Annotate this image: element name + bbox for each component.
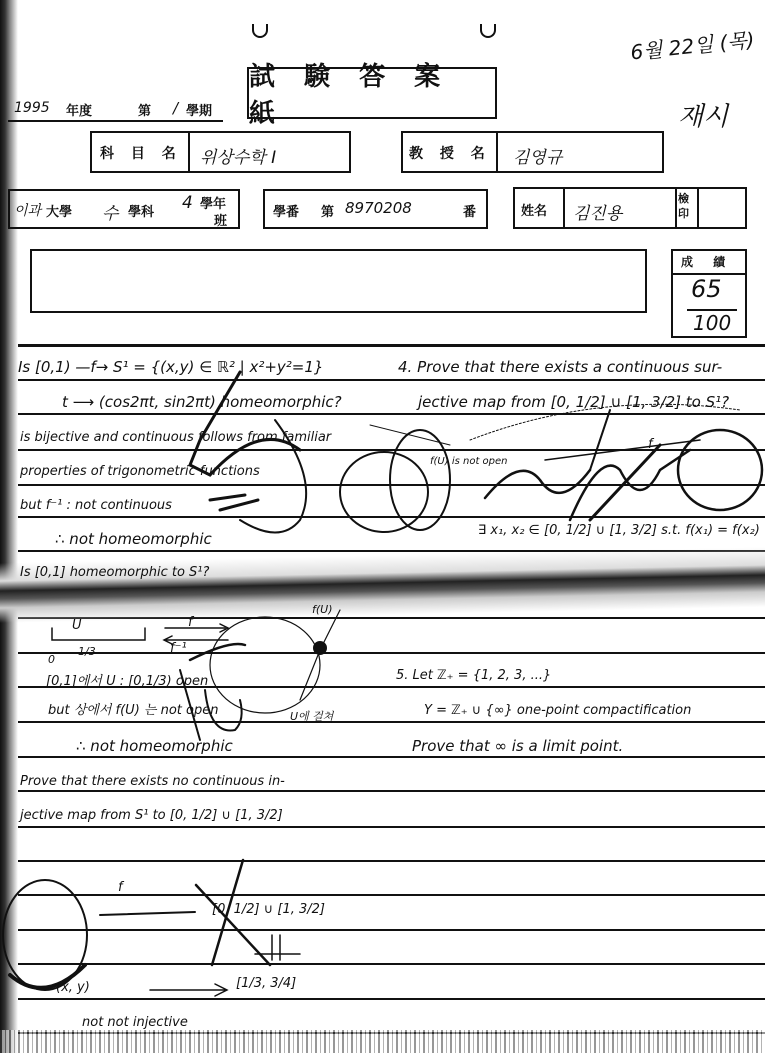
score-value: 65 (691, 275, 722, 303)
q3-diag-zero: 0 (48, 653, 55, 666)
year-label: 年度 (66, 100, 92, 119)
year-semester-line: 1995 年度 第 / 學期 (8, 98, 223, 122)
subject-field: 科 目 名 위상수학 I (90, 131, 351, 173)
q3-label-fU: f(U) (312, 603, 333, 616)
subject-label: 科 目 名 (100, 143, 182, 163)
subject-value: 위상수학 I (200, 143, 276, 168)
q3-diag-f: f (188, 615, 193, 630)
punch-hole (480, 24, 496, 38)
q3-line7: Is [0,1] homeomorphic to S¹? (20, 565, 209, 580)
q3-label-point: U에 걸쳐 (290, 708, 333, 724)
professor-value: 김영규 (513, 143, 562, 168)
college-value: 이과 (14, 200, 41, 220)
semester-value: / (173, 99, 178, 117)
q3-line6: ∴ not homeomorphic (55, 530, 212, 548)
remarks-box (30, 249, 647, 313)
name-field: 姓名 김진용 檢印 (513, 187, 747, 229)
q6-diag-set: [0, 1/2] ∪ [1, 3/2] (212, 902, 325, 917)
q4-diag-f: f (648, 437, 653, 452)
q4-line1: 4. Prove that there exists a continuous … (398, 358, 722, 376)
q3-line8: [0,1]에서 U : [0,1/3) open (46, 670, 208, 689)
grade-value: 4 (182, 193, 193, 213)
score-label: 成 績 (681, 253, 733, 270)
corner-retest-note: 재시 (678, 96, 728, 133)
department-value: 수 (102, 199, 118, 224)
q3-line3: is bijective and continuous follows from… (20, 430, 331, 445)
score-total: 100 (687, 309, 737, 335)
student-id-value: 8970208 (345, 199, 412, 217)
q6-line1: Prove that there exists no continuous in… (20, 774, 285, 789)
q5-line3: Prove that ∞ is a limit point. (412, 737, 623, 755)
q6-line3: not not injective (82, 1015, 188, 1030)
q6-diag-f: f (118, 880, 123, 895)
score-box: 成 績 65 100 (671, 249, 747, 338)
q6-line2: jective map from S¹ to [0, 1/2] ∪ [1, 3/… (20, 808, 283, 823)
name-label: 姓名 (521, 200, 547, 219)
q3-line1: Is [0,1) —f→ S¹ = {(x,y) ∈ ℝ² | x²+y²=1} (18, 358, 323, 376)
q3-line2: t ⟶ (cos2πt, sin2πt) homeomorphic? (62, 393, 342, 411)
semester-label: 學期 (186, 100, 212, 119)
q3-diag-finv: f⁻¹ (170, 641, 187, 656)
semester-prefix: 第 (138, 100, 151, 119)
professor-field: 教 授 名 김영규 (401, 131, 664, 173)
department-label: 學科 (128, 201, 154, 220)
q3-diag-u: U (72, 618, 82, 633)
department-field: 이과 大學 수 學科 4 學年 班 (8, 189, 240, 229)
q3-line10: ∴ not homeomorphic (76, 737, 233, 755)
scan-noise (0, 1030, 765, 1053)
scan-edge-shadow (0, 0, 18, 1053)
q4-line3: ∃ x₁, x₂ ∈ [0, 1/2] ∪ [1, 3/2] s.t. f(x₁… (478, 523, 760, 538)
q5-line1: 5. Let ℤ₊ = {1, 2, 3, ...} (396, 668, 551, 683)
student-id-suffix: 番 (463, 201, 476, 220)
punch-hole (252, 24, 268, 38)
paper-fold-shadow (0, 547, 765, 623)
student-id-field: 學番 第 8970208 番 (263, 189, 488, 229)
q3-line9: but 상에서 f(U) 는 not open (48, 699, 218, 718)
student-id-prefix: 第 (321, 201, 334, 220)
q3-line5: but f⁻¹ : not continuous (20, 498, 172, 513)
name-value: 김진용 (573, 199, 622, 224)
q6-diag-sub: [1/3, 3/4] (236, 976, 296, 991)
college-label: 大學 (46, 201, 72, 220)
q3-line4: properties of trigonometric functions (20, 464, 260, 479)
q3-label-nbd: f(U) is not open (430, 456, 508, 467)
exam-title-box: 試 験 答 案 紙 (247, 67, 497, 119)
q3-diag-third: 1/3 (78, 645, 96, 658)
seal-label: 檢印 (678, 191, 694, 221)
student-id-label: 學番 (273, 201, 299, 220)
year-value: 1995 (14, 100, 50, 116)
class-label: 班 (214, 210, 227, 229)
q5-line2: Y = ℤ₊ ∪ {∞} one-point compactification (424, 703, 691, 718)
exam-title: 試 験 答 案 紙 (249, 56, 495, 130)
corner-date-note: 6월 22일 (목) (629, 24, 756, 66)
professor-label: 教 授 名 (409, 143, 491, 163)
q6-diag-left: (x, y) (56, 980, 90, 995)
sheet-divider (18, 344, 765, 347)
q4-line2: jective map from [0, 1/2] ∪ [1, 3/2] to … (418, 393, 729, 411)
